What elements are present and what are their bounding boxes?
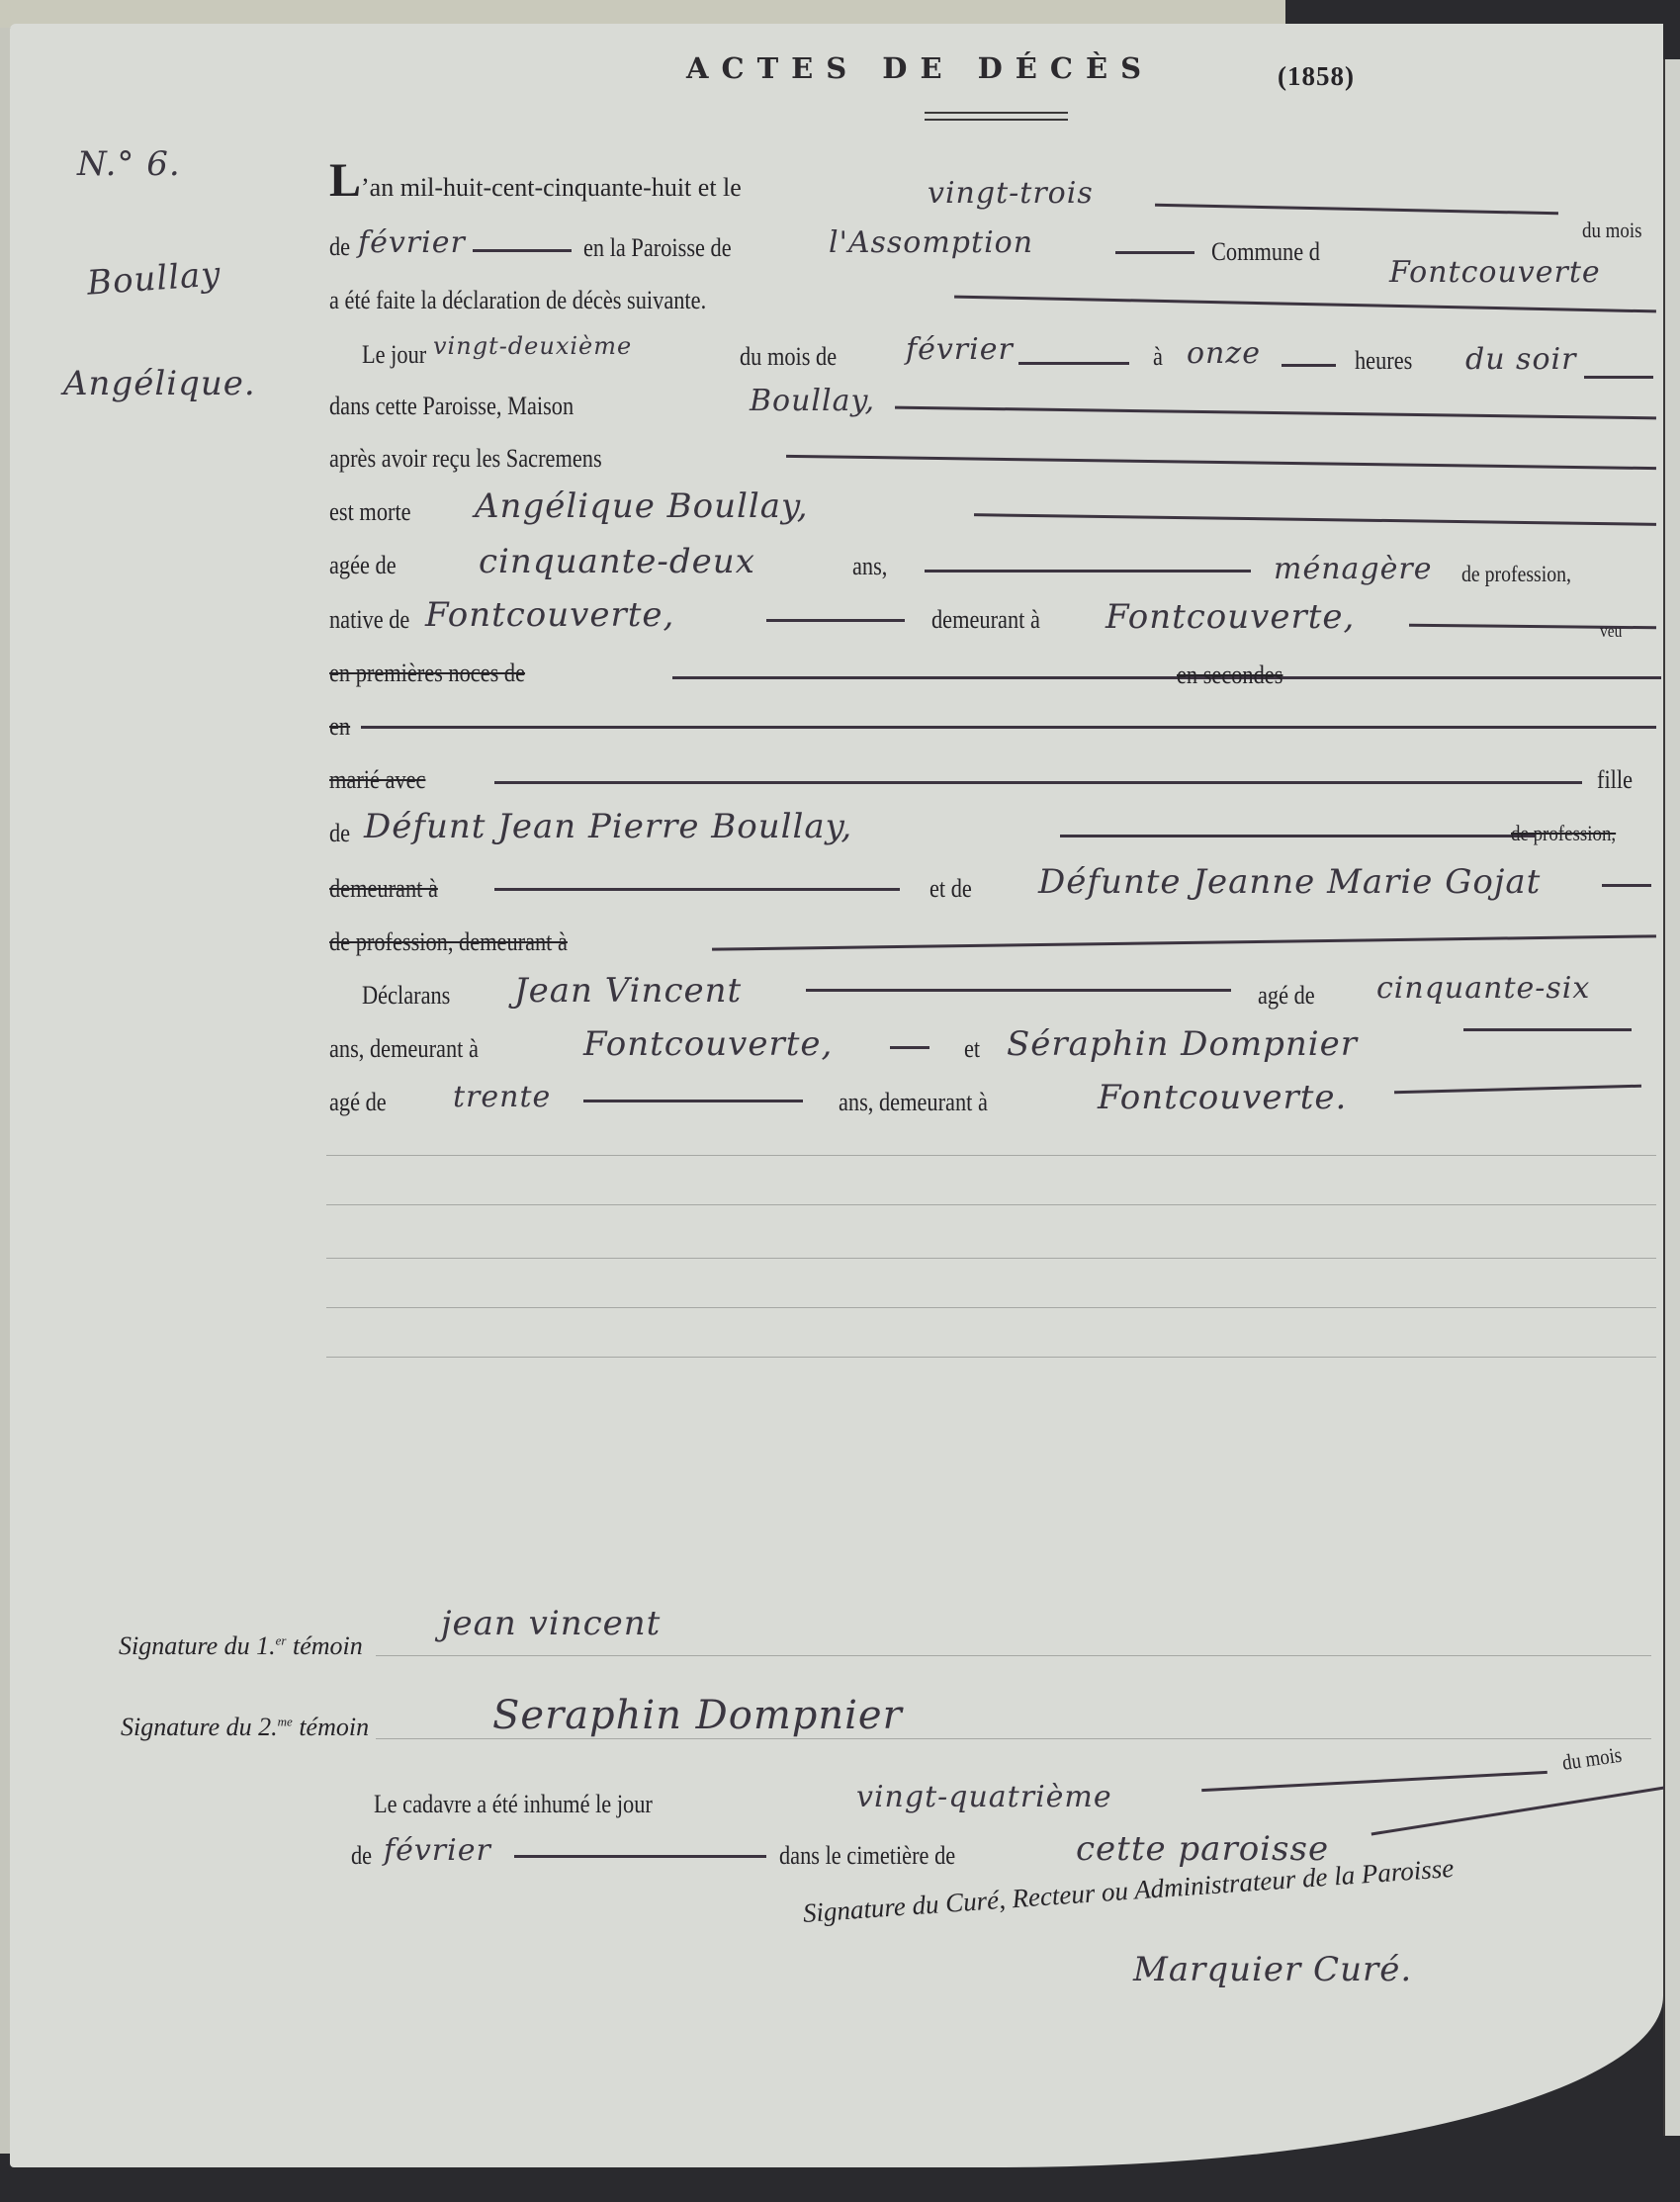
drop-cap: L bbox=[329, 154, 361, 207]
fill-line bbox=[806, 989, 1231, 992]
est-morte-label: est morte bbox=[329, 497, 411, 527]
a-label: à bbox=[1153, 342, 1163, 372]
death-period: du soir bbox=[1465, 342, 1576, 377]
witness2-signature-label: Signature du 2.me témoin bbox=[121, 1713, 369, 1742]
page-title: ACTES DE DÉCÈS bbox=[686, 51, 1154, 85]
witness1-residence: Fontcouverte, bbox=[583, 1024, 833, 1064]
cemetery-label: dans le cimetière de bbox=[779, 1841, 955, 1871]
burial-de-label: de bbox=[351, 1841, 372, 1871]
maison-label: dans cette Paroisse, Maison bbox=[329, 392, 574, 421]
priest-signature: Marquier Curé. bbox=[1133, 1950, 1412, 1989]
commune-name: Fontcouverte bbox=[1389, 255, 1601, 290]
father-demeurant-struck: demeurant à bbox=[329, 874, 438, 904]
father-profession-struck: de profession, bbox=[1511, 821, 1616, 846]
house-name: Boullay, bbox=[750, 384, 875, 418]
record-line-1: L’an mil-huit-cent-cinquante-huit et le bbox=[329, 153, 742, 208]
fill-line bbox=[766, 619, 905, 622]
burial-month: février bbox=[384, 1833, 491, 1868]
residence: Fontcouverte, bbox=[1105, 597, 1355, 637]
fill-line bbox=[1282, 364, 1336, 367]
fill-line bbox=[583, 1100, 803, 1102]
heures-label: heures bbox=[1355, 346, 1412, 376]
deceased-profession: ménagère bbox=[1274, 552, 1432, 586]
fill-line bbox=[514, 1855, 766, 1858]
declarans-label: Déclarans bbox=[362, 981, 450, 1011]
burial-label: Le cadavre a été inhumé le jour bbox=[374, 1790, 653, 1819]
en-struck: en bbox=[329, 712, 350, 742]
witness1-signature: jean vincent bbox=[441, 1604, 661, 1643]
strike-line bbox=[494, 888, 900, 891]
title-underline bbox=[925, 112, 1068, 121]
blank-rule bbox=[326, 1155, 1656, 1156]
line2-de: de bbox=[329, 232, 350, 262]
fill-line bbox=[890, 1046, 929, 1049]
paroisse-label: en la Paroisse de bbox=[583, 233, 732, 263]
witness1-name: Jean Vincent bbox=[514, 971, 742, 1011]
jour-label: Le jour bbox=[362, 340, 426, 370]
secondes-struck: en secondes bbox=[1177, 661, 1282, 690]
witness1-signature-label: Signature du 1.er témoin bbox=[119, 1631, 363, 1661]
witness2-name: Séraphin Dompnier bbox=[1007, 1024, 1358, 1064]
age-label: agée de bbox=[329, 551, 397, 580]
blank-rule bbox=[326, 1357, 1656, 1358]
profession-label: de profession, bbox=[1461, 562, 1571, 587]
fill-line bbox=[925, 570, 1251, 573]
mother-et-de-label: et de bbox=[929, 874, 972, 904]
witness2-demeurant-label: ans, demeurant à bbox=[839, 1088, 988, 1117]
blank-rule bbox=[326, 1204, 1656, 1205]
father-name: Défunt Jean Pierre Boullay, bbox=[364, 807, 852, 846]
commune-label: Commune d bbox=[1211, 237, 1320, 267]
book-right-edge bbox=[1663, 59, 1680, 2136]
page-year: (1858) bbox=[1278, 61, 1355, 92]
strike-line bbox=[672, 676, 1661, 679]
witness1-demeurant-label: ans, demeurant à bbox=[329, 1034, 479, 1064]
declaration-month: février bbox=[358, 225, 466, 260]
birthplace: Fontcouverte, bbox=[425, 595, 674, 635]
death-month: février bbox=[906, 332, 1014, 367]
deceased-age: cinquante-deux bbox=[479, 542, 755, 581]
blank-rule bbox=[326, 1258, 1656, 1259]
fill-line bbox=[1463, 1028, 1632, 1031]
signature-rule bbox=[376, 1655, 1651, 1656]
mother-profession-struck: de profession, demeurant à bbox=[329, 927, 568, 957]
witness1-age: cinquante-six bbox=[1376, 971, 1590, 1006]
marie-avec-struck: marié avec bbox=[329, 765, 425, 795]
sacrements-label: après avoir reçu les Sacremens bbox=[329, 444, 602, 474]
act-number: 6. bbox=[146, 144, 180, 184]
witness2-age-label: agé de bbox=[329, 1088, 387, 1117]
witness2-et-label: et bbox=[964, 1034, 980, 1064]
fill-line bbox=[1115, 251, 1194, 254]
death-day: vingt-deuxième bbox=[433, 332, 632, 360]
death-hour: onze bbox=[1187, 336, 1261, 371]
veu-label: veu bbox=[1600, 621, 1622, 642]
ans-label: ans, bbox=[852, 552, 887, 581]
declaration-statement: a été faite la déclaration de décès suiv… bbox=[329, 286, 706, 315]
fill-line bbox=[473, 249, 572, 252]
burial-day: vingt-quatrième bbox=[856, 1780, 1112, 1814]
fille-label: fille bbox=[1597, 765, 1633, 795]
blank-rule bbox=[326, 1307, 1656, 1308]
act-number-label: N.° bbox=[77, 144, 134, 184]
fill-line bbox=[1018, 362, 1129, 365]
witness2-residence: Fontcouverte. bbox=[1098, 1078, 1347, 1117]
mother-name: Défunte Jeanne Marie Gojat bbox=[1038, 862, 1541, 902]
strike-line bbox=[494, 781, 1582, 784]
demeurant-label: demeurant à bbox=[931, 605, 1040, 635]
margin-given-name: Angélique. bbox=[63, 364, 256, 403]
paroisse-name: l'Assomption bbox=[829, 225, 1033, 260]
witness1-age-label: agé de bbox=[1258, 981, 1315, 1011]
premieres-noces-struck: en premières noces de bbox=[329, 659, 525, 688]
strike-line bbox=[361, 726, 1656, 729]
signature-rule bbox=[376, 1738, 1651, 1739]
fill-line bbox=[1602, 884, 1651, 887]
father-de-label: de bbox=[329, 819, 350, 848]
line1-prefix: ’an mil-huit-cent-cinquante-huit et le bbox=[361, 173, 742, 202]
witness2-age: trente bbox=[453, 1080, 551, 1114]
mois-label: du mois de bbox=[740, 342, 837, 372]
native-label: native de bbox=[329, 605, 409, 635]
margin-act-number: N.° 6. bbox=[77, 144, 181, 184]
deceased-name: Angélique Boullay, bbox=[475, 486, 809, 526]
line1-suffix: du mois bbox=[1582, 218, 1641, 243]
fill-line bbox=[1584, 376, 1653, 379]
strike-line bbox=[1060, 835, 1535, 837]
cemetery-name: cette paroisse bbox=[1076, 1829, 1329, 1869]
witness2-signature: Seraphin Dompnier bbox=[492, 1693, 903, 1738]
death-declaration-day: vingt-trois bbox=[928, 176, 1094, 211]
